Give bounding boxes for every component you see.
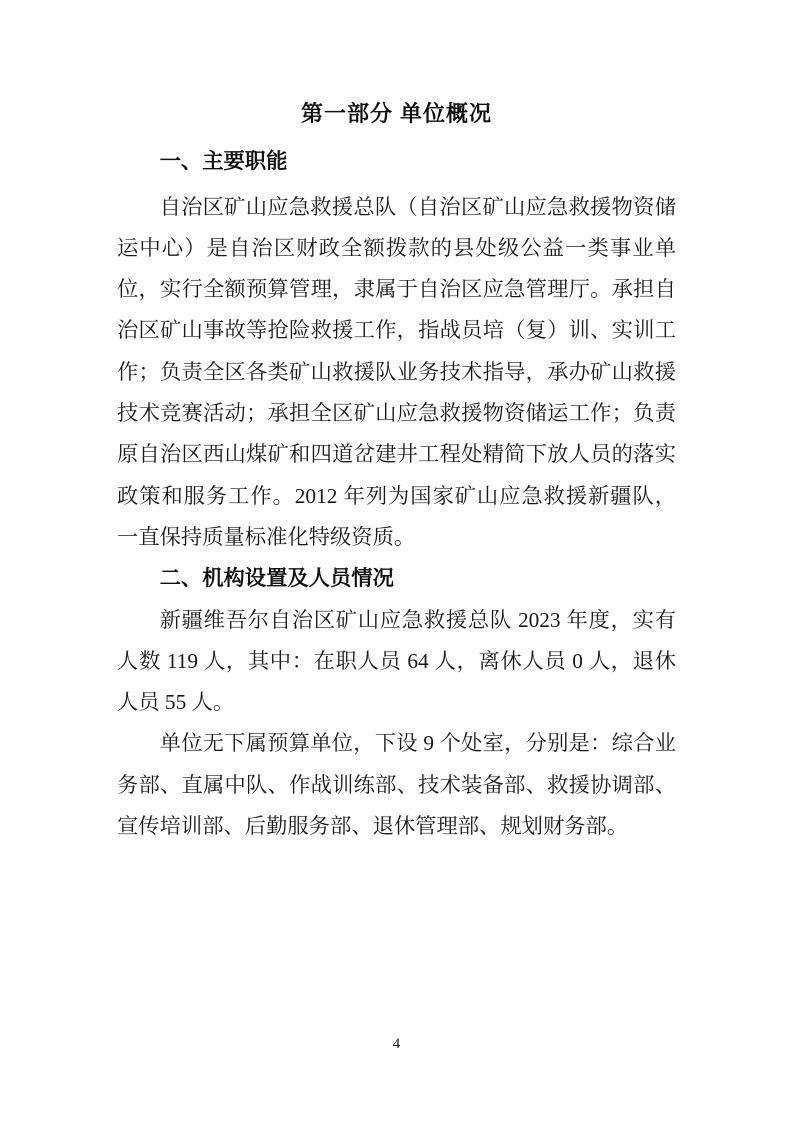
section-heading-organization-personnel: 二、机构设置及人员情况 [117, 558, 676, 599]
page-number: 4 [0, 1036, 793, 1053]
paragraph-main-functions: 自治区矿山应急救援总队（自治区矿山应急救援物资储运中心）是自治区财政全额拨款的县… [117, 187, 676, 559]
paragraph-personnel-numbers: 新疆维吾尔自治区矿山应急救援总队 2023 年度，实有人数 119 人，其中：在… [117, 600, 676, 724]
document-content: 第一部分 单位概况 一、主要职能 自治区矿山应急救援总队（自治区矿山应急救援物资… [117, 93, 676, 847]
paragraph-departments: 单位无下属预算单位，下设 9 个处室，分别是：综合业务部、直属中队、作战训练部、… [117, 723, 676, 847]
document-title: 第一部分 单位概况 [117, 93, 676, 134]
document-page: 第一部分 单位概况 一、主要职能 自治区矿山应急救援总队（自治区矿山应急救援物资… [0, 0, 793, 1122]
section-heading-main-functions: 一、主要职能 [117, 141, 676, 182]
